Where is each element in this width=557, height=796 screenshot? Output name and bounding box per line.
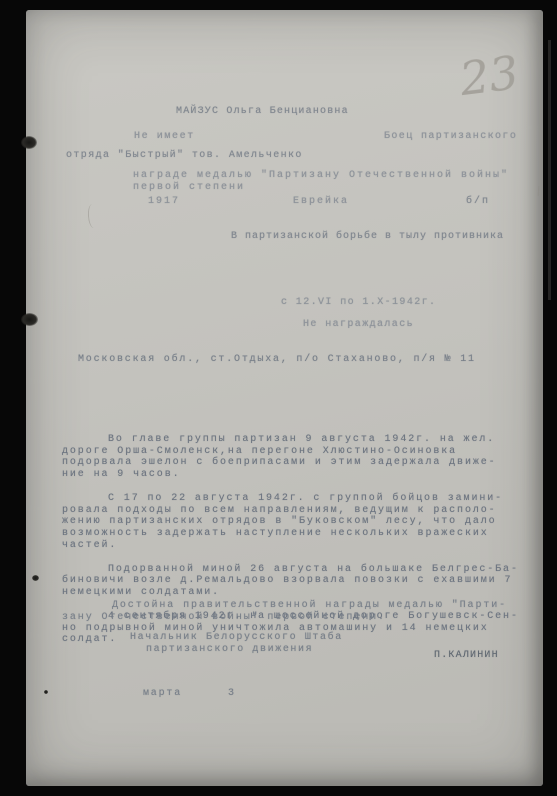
- nationality: Еврейка: [293, 196, 349, 208]
- body-paragraph: Во главе группы партизан 9 августа 1942г…: [62, 434, 540, 481]
- birth-year: 1917: [148, 196, 180, 208]
- award-degree: первой степени: [133, 182, 245, 194]
- date-month: марта: [143, 688, 182, 700]
- scanner-background: 23 МАЙЗУС Ольга Бенциановна Не имеет Бое…: [0, 0, 557, 796]
- ink-speck: [44, 690, 48, 694]
- service-period: с 12.VI по 1.X-1942г.: [281, 297, 436, 309]
- body-paragraph: Подорванной миной 26 августа на большаке…: [62, 564, 540, 599]
- signer-title-line2: партизанского движения: [146, 644, 313, 656]
- address-line: Московская обл., ст.Отдыха, п/о Стаханов…: [78, 354, 476, 366]
- signer-title-line1: Начальник Белорусского Штаба: [130, 632, 343, 644]
- role-line: Боец партизанского: [384, 131, 517, 143]
- document-page: 23 МАЙЗУС Ольга Бенциановна Не имеет Бое…: [26, 10, 543, 786]
- award-line: награде медалью "Партизану Отечественной…: [133, 170, 509, 182]
- campaign-line: В партизанской борьбе в тылу противника: [231, 231, 504, 243]
- recommendation-paragraph: Достойна правительственной награды медал…: [62, 600, 540, 624]
- award-status: Не имеет: [134, 131, 195, 143]
- hole-punch-stain: [21, 313, 38, 326]
- ink-speck: [32, 575, 39, 581]
- hole-punch-stain: [21, 136, 37, 149]
- detachment-line: отряда "Быстрый" тов. Амельченко: [66, 150, 303, 162]
- page-edge-artifact: [548, 40, 551, 300]
- date-day: 3: [228, 688, 236, 700]
- pencil-mark: [538, 186, 540, 196]
- previous-awards: Не награждалась: [303, 319, 414, 331]
- body-paragraph: С 17 по 22 августа 1942г. с группой бойц…: [62, 493, 540, 552]
- party-status: б/п: [466, 196, 490, 208]
- signature-name: П.КАЛИНИН: [434, 650, 499, 662]
- recipient-name: МАЙЗУС Ольга Бенциановна: [176, 106, 349, 118]
- handwritten-page-number: 23: [457, 44, 533, 108]
- pencil-mark: [87, 204, 99, 229]
